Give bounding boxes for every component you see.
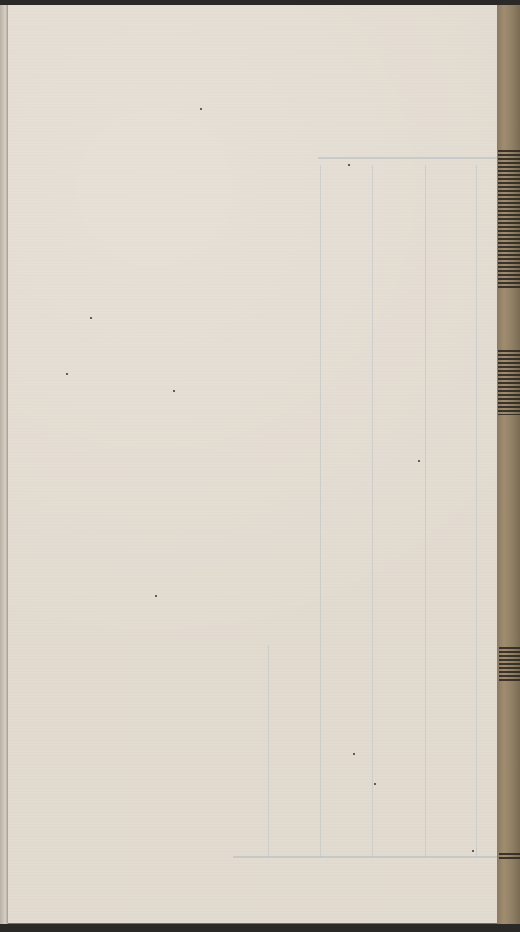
paper-speckle xyxy=(90,317,92,319)
fore-edge-mark xyxy=(498,150,520,290)
paper-speckle xyxy=(418,460,420,462)
fore-edge-mark xyxy=(499,853,520,859)
column-rule xyxy=(320,165,321,857)
column-rule xyxy=(425,165,426,857)
fore-edge-mark xyxy=(499,647,520,682)
paper-speckle xyxy=(353,753,355,755)
paper-speckle xyxy=(472,850,474,852)
paper-speckle xyxy=(200,108,202,110)
paper-speckle xyxy=(348,164,350,166)
paper-speckle xyxy=(173,390,175,392)
paper-speckle xyxy=(374,783,376,785)
fore-edge-mark xyxy=(498,350,520,415)
column-rule xyxy=(268,645,269,857)
ledger-page xyxy=(8,5,498,925)
paper-speckle xyxy=(66,373,68,375)
book-fore-edge xyxy=(497,5,520,925)
column-rule xyxy=(372,165,373,857)
bottom-ruling-line xyxy=(233,856,498,858)
column-rule xyxy=(476,165,477,857)
scan-frame-bottom xyxy=(0,924,520,932)
top-ruling-line xyxy=(318,157,498,159)
paper-speckle xyxy=(155,595,157,597)
